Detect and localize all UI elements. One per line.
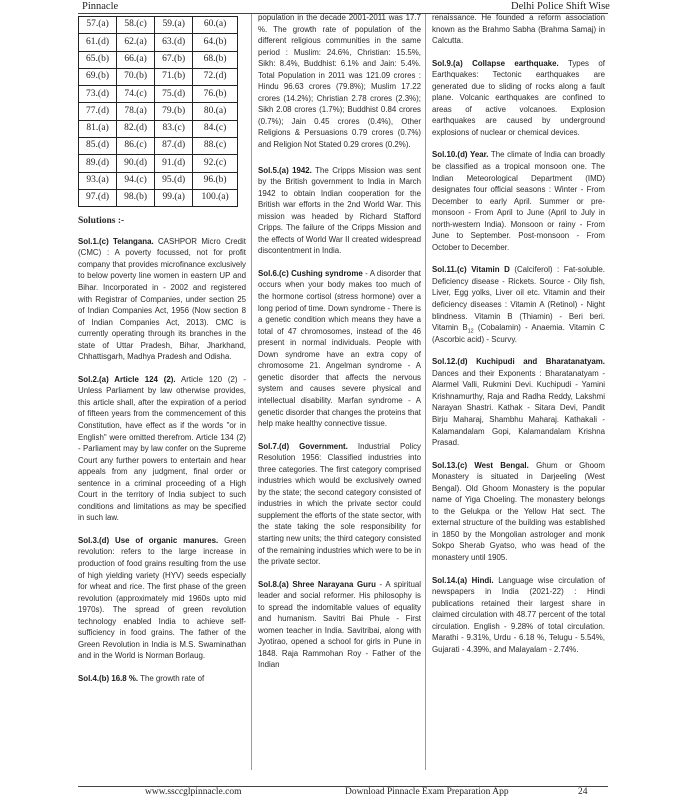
solution-text: - A disorder that occurs when your body …: [258, 269, 421, 428]
answer-cell: 100.(a): [193, 189, 238, 206]
solution-12: Sol.12.(d) Kuchipudi and Bharatanatyam. …: [432, 356, 605, 448]
solution-14: Sol.14.(a) Hindi. Language wise circulat…: [432, 575, 605, 656]
answer-cell: 66.(a): [117, 51, 155, 68]
answer-cell: 70.(b): [117, 68, 155, 85]
answer-cell: 59.(a): [155, 17, 193, 34]
answer-key-table: 57.(a)58.(c)59.(a)60.(a)61.(d)62.(a)63.(…: [78, 16, 238, 207]
answer-cell: 87.(d): [155, 138, 193, 155]
answer-cell: 82.(d): [117, 120, 155, 137]
solution-text: Industrial Policy Resolution 1956: Class…: [258, 442, 421, 566]
answer-cell: 90.(d): [117, 155, 155, 172]
answer-cell: 89.(d): [79, 155, 117, 172]
answer-cell: 57.(a): [79, 17, 117, 34]
solution-text: Types of Earthquakes: Tectonic earthquak…: [432, 59, 605, 137]
solution-5: Sol.5.(a) 1942. The Cripps Mission was s…: [258, 165, 421, 257]
answer-cell: 72.(d): [193, 68, 238, 85]
solution-6: Sol.6.(c) Cushing syndrome - A disorder …: [258, 268, 421, 430]
answer-row: 97.(d)98.(b)99.(a)100.(a): [79, 189, 238, 206]
answer-cell: 78.(a): [117, 103, 155, 120]
solution-label: Sol.4.(b) 16.8 %.: [78, 674, 138, 683]
answer-row: 57.(a)58.(c)59.(a)60.(a): [79, 17, 238, 34]
answer-row: 73.(d)74.(c)75.(d)76.(b): [79, 86, 238, 103]
solution-text: Green revolution: refers to the large in…: [78, 536, 246, 660]
answer-cell: 85.(d): [79, 138, 117, 155]
answer-cell: 88.(c): [193, 138, 238, 155]
solution-7: Sol.7.(d) Government. Industrial Policy …: [258, 441, 421, 568]
answer-cell: 61.(d): [79, 34, 117, 51]
answer-cell: 65.(b): [79, 51, 117, 68]
answer-cell: 86.(c): [117, 138, 155, 155]
answer-cell: 83.(c): [155, 120, 193, 137]
answer-cell: 81.(a): [79, 120, 117, 137]
solution-label: Sol.9.(a) Collapse earthquake.: [432, 59, 559, 68]
solution-text: Ghum or Ghoom Monastery is situated in D…: [432, 461, 605, 562]
header-title: Delhi Police Shift Wise: [511, 1, 610, 12]
answer-row: 77.(d)78.(a)79.(b)80.(a): [79, 103, 238, 120]
answer-cell: 99.(a): [155, 189, 193, 206]
solution-3: Sol.3.(d) Use of organic manures. Green …: [78, 535, 246, 662]
answer-cell: 94.(c): [117, 172, 155, 189]
answer-cell: 92.(c): [193, 155, 238, 172]
solution-text: Language wise circulation of newspapers …: [432, 576, 605, 654]
answer-cell: 60.(a): [193, 17, 238, 34]
answer-cell: 69.(b): [79, 68, 117, 85]
page-number: 24: [578, 787, 588, 797]
answer-cell: 63.(d): [155, 34, 193, 51]
solution-text: Article 120 (2) - Unless Parliament by l…: [78, 375, 246, 523]
answer-row: 81.(a)82.(d)83.(c)84.(c): [79, 120, 238, 137]
answer-row: 69.(b)70.(b)71.(b)72.(d): [79, 68, 238, 85]
answer-cell: 74.(c): [117, 86, 155, 103]
solution-text: The growth rate of: [138, 674, 204, 683]
solution-label: Sol.2.(a) Article 124 (2).: [78, 375, 176, 384]
answer-cell: 97.(d): [79, 189, 117, 206]
answer-cell: 62.(a): [117, 34, 155, 51]
solution-label: Sol.1.(c) Telangana.: [78, 237, 154, 246]
solution-8-continued: renaissance. He founded a reform associa…: [432, 12, 605, 47]
column-divider: [251, 14, 252, 770]
answer-cell: 71.(b): [155, 68, 193, 85]
answer-cell: 77.(d): [79, 103, 117, 120]
right-column: renaissance. He founded a reform associa…: [432, 12, 605, 666]
solution-10: Sol.10.(d) Year. The climate of India ca…: [432, 149, 605, 253]
solution-4-start: Sol.4.(b) 16.8 %. The growth rate of: [78, 673, 246, 685]
answer-cell: 64.(b): [193, 34, 238, 51]
answer-cell: 75.(d): [155, 86, 193, 103]
solution-label: Sol.13.(c) West Bengal.: [432, 461, 529, 470]
solution-1: Sol.1.(c) Telangana. CASHPOR Micro Credi…: [78, 236, 246, 363]
answer-row: 85.(d)86.(c)87.(d)88.(c): [79, 138, 238, 155]
solution-label: Sol.12.(d) Kuchipudi and Bharatanatyam.: [432, 357, 605, 366]
solution-label: Sol.8.(a) Shree Narayana Guru: [258, 580, 376, 589]
answer-row: 89.(d)90.(d)91.(d)92.(c): [79, 155, 238, 172]
answer-cell: 91.(d): [155, 155, 193, 172]
solution-11: Sol.11.(c) Vitamin D (Calciferol) : Fat-…: [432, 264, 605, 345]
answer-cell: 84.(c): [193, 120, 238, 137]
solution-2: Sol.2.(a) Article 124 (2). Article 120 (…: [78, 374, 246, 524]
answer-row: 65.(b)66.(a)67.(b)68.(b): [79, 51, 238, 68]
solution-label: Sol.10.(d) Year.: [432, 150, 488, 159]
middle-column: population in the decade 2001-2011 was 1…: [258, 12, 421, 682]
header-brand: Pinnacle: [82, 1, 118, 12]
answer-cell: 76.(b): [193, 86, 238, 103]
solution-label: Sol.3.(d) Use of organic manures.: [78, 536, 218, 545]
answer-cell: 96.(b): [193, 172, 238, 189]
solution-13: Sol.13.(c) West Bengal. Ghum or Ghoom Mo…: [432, 460, 605, 564]
answer-row: 61.(d)62.(a)63.(d)64.(b): [79, 34, 238, 51]
answer-cell: 93.(a): [79, 172, 117, 189]
solution-text: population in the decade 2001-2011 was 1…: [258, 13, 421, 149]
solution-text: The Cripps Mission was sent by the Briti…: [258, 166, 421, 256]
solution-label: Sol.11.(c) Vitamin D: [432, 265, 510, 274]
answer-cell: 80.(a): [193, 103, 238, 120]
answer-cell: 79.(b): [155, 103, 193, 120]
answer-cell: 58.(c): [117, 17, 155, 34]
solution-label: Sol.5.(a) 1942.: [258, 166, 312, 175]
solution-text: Dances and their Exponents : Bharatanaty…: [432, 369, 605, 447]
column-divider: [425, 14, 426, 770]
answer-cell: 68.(b): [193, 51, 238, 68]
solution-text: renaissance. He founded a reform associa…: [432, 13, 605, 45]
solution-label: Sol.14.(a) Hindi.: [432, 576, 494, 585]
solution-label: Sol.6.(c) Cushing syndrome: [258, 269, 363, 278]
solution-text: - A spiritual leader and social reformer…: [258, 580, 421, 670]
answer-cell: 73.(d): [79, 86, 117, 103]
footer-app-promo: Download Pinnacle Exam Preparation App: [345, 787, 509, 797]
answer-cell: 98.(b): [117, 189, 155, 206]
solutions-heading: Solutions :-: [78, 216, 246, 228]
solution-4-continued: population in the decade 2001-2011 was 1…: [258, 12, 421, 151]
solution-9: Sol.9.(a) Collapse earthquake. Types of …: [432, 58, 605, 139]
solution-text: The climate of India can broadly be clas…: [432, 150, 605, 251]
left-column: 57.(a)58.(c)59.(a)60.(a)61.(d)62.(a)63.(…: [78, 14, 246, 696]
answer-row: 93.(a)94.(c)95.(d)96.(b): [79, 172, 238, 189]
solution-8-start: Sol.8.(a) Shree Narayana Guru - A spirit…: [258, 579, 421, 671]
answer-cell: 67.(b): [155, 51, 193, 68]
footer-website-link[interactable]: www.ssccglpinnacle.com: [145, 787, 241, 797]
answer-cell: 95.(d): [155, 172, 193, 189]
solution-label: Sol.7.(d) Government.: [258, 442, 348, 451]
solution-text: CASHPOR Micro Credit (CMC) : A poverty f…: [78, 237, 246, 361]
